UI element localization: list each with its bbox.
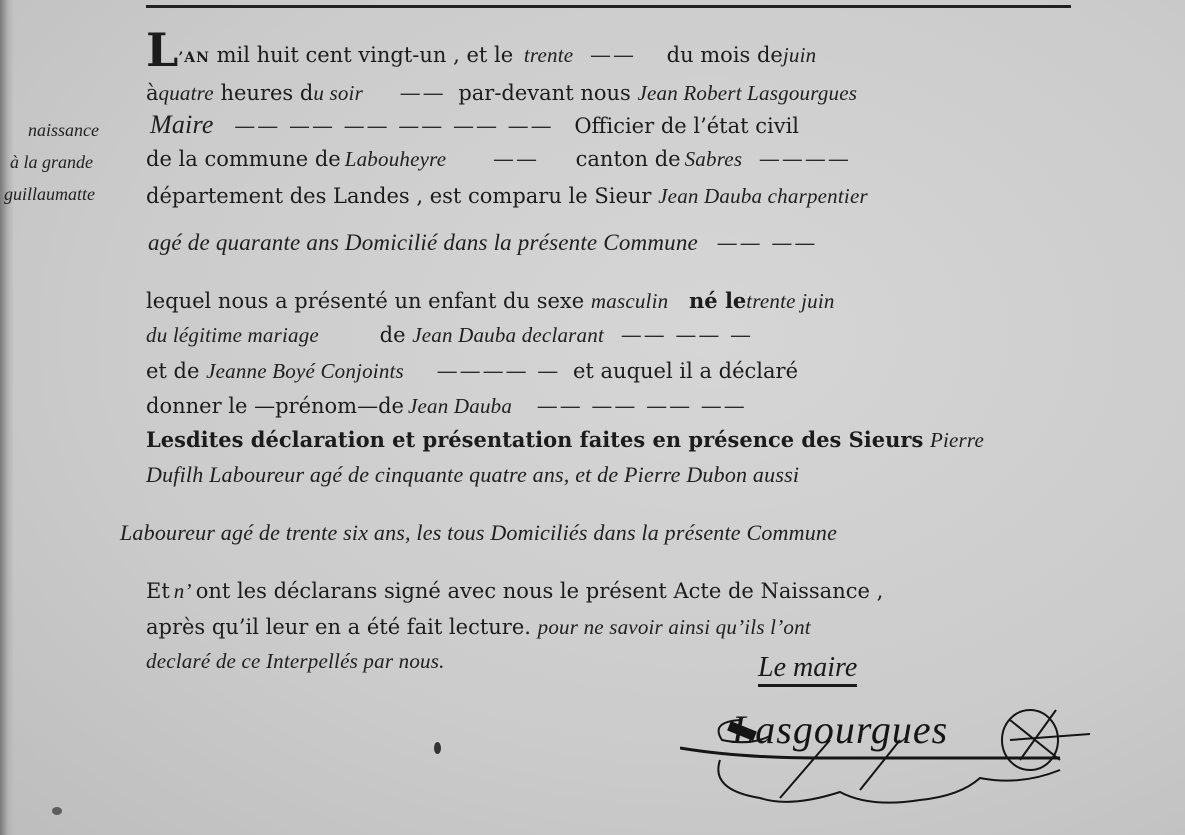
line-14: Etn’ont les déclarans signé avec nous le…: [146, 578, 883, 604]
hw-witness-1-first: Pierre: [930, 428, 984, 452]
drop-cap: L: [146, 23, 178, 77]
hw-sex: masculin: [591, 289, 668, 313]
line-12: Dufilh Laboureur agé de cinquante quatre…: [146, 462, 799, 488]
line-15: après qu’il leur en a été fait lecture. …: [146, 614, 811, 640]
line-11: Lesdites déclaration et présentation fai…: [146, 427, 984, 453]
hw-witnesses-cont: Laboureur agé de trente six ans, les tou…: [120, 520, 837, 545]
hw-signature-reason: pour ne savoir ainsi qu’ils l’ont: [538, 615, 811, 639]
signature-name: Lasgourgues: [732, 706, 948, 753]
document-page: naissance à la grande guillaumatte L’AN …: [0, 0, 1185, 835]
hw-month: juin: [783, 43, 816, 67]
ink-blot: [434, 742, 441, 754]
line-8: du légitime mariage de Jean Dauba declar…: [146, 322, 753, 348]
hw-given-name: Jean Dauba: [408, 394, 512, 418]
hw-canton: Sabres: [685, 147, 743, 171]
hw-legitimacy: du légitime mariage: [146, 323, 319, 347]
hw-declarant: Jean Dauba charpentier: [658, 184, 868, 208]
hw-negation: n’: [174, 579, 192, 603]
binding-shadow: [0, 0, 14, 835]
line-1: L’AN mil huit cent vingt-un , et le tren…: [146, 30, 816, 71]
line-4: de la commune deLabouheyre —— canton deS…: [146, 146, 851, 172]
hw-commune: Labouheyre: [345, 147, 447, 171]
mayor-signature: Lasgourgues: [680, 700, 1110, 810]
signature-title: Le maire: [758, 652, 857, 687]
hw-day: trente: [524, 43, 573, 67]
ink-blot: [52, 807, 62, 815]
hw-witnesses: Dufilh Laboureur agé de cinquante quatre…: [146, 462, 799, 487]
hw-officer-name: Jean Robert Lasgourgues: [637, 81, 857, 105]
line-16: declaré de ce Interpellés par nous.: [146, 648, 445, 674]
top-rule: [146, 5, 1071, 8]
margin-note-line-1: naissance: [28, 120, 99, 141]
line-9: et de Jeanne Boyé Conjoints ———— — et au…: [146, 358, 798, 384]
hw-declarant-details: agé de quarante ans Domicilié dans la pr…: [148, 230, 698, 255]
margin-note-line-2: à la grande: [10, 152, 93, 173]
line-2: àquatre heures du soir —— par-devant nou…: [146, 80, 857, 106]
hw-hour: quatre: [159, 81, 214, 105]
hw-mother: Jeanne Boyé Conjoints: [206, 359, 404, 383]
line-6: agé de quarante ans Domicilié dans la pr…: [148, 230, 817, 256]
line-3: Maire —— —— —— —— —— —— Officier de l’ét…: [150, 112, 799, 139]
hw-officer-title: Maire: [150, 110, 214, 139]
hw-father: Jean Dauba declarant: [412, 323, 604, 347]
hw-signature-reason-cont: declaré de ce Interpellés par nous.: [146, 649, 445, 673]
hw-time-of-day: u soir: [313, 81, 363, 105]
line-13: Laboureur agé de trente six ans, les tou…: [120, 520, 837, 546]
line-10: donner le —prénom—deJean Dauba —— —— —— …: [146, 393, 747, 419]
margin-note-line-3: guillaumatte: [4, 184, 95, 205]
line-5: département des Landes , est comparu le …: [146, 183, 868, 209]
line-7: lequel nous a présenté un enfant du sexe…: [146, 288, 835, 314]
hw-birth-date: trente juin: [746, 289, 834, 313]
